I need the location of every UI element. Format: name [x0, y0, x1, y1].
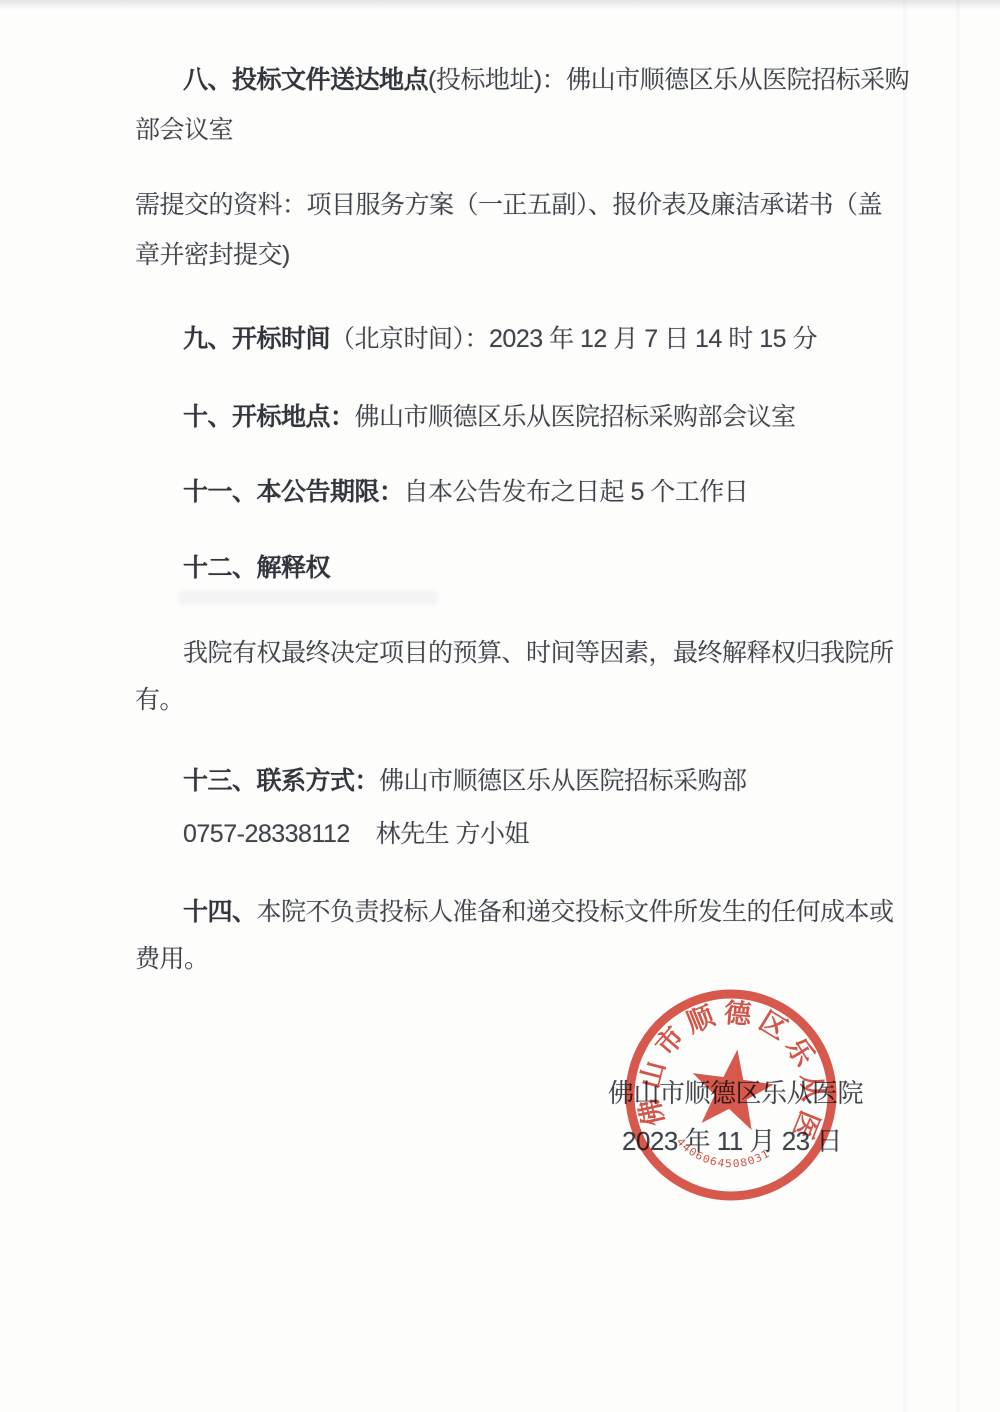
section-11-text: 自本公告发布之日起 5 个工作日	[404, 478, 749, 506]
section-13-contact: 十三、联系方式：佛山市顺德区乐从医院招标采购部	[183, 764, 747, 798]
scan-top-edge	[0, 0, 1000, 10]
section-10-heading: 十、开标地点：	[183, 403, 355, 431]
section-8-delivery-location-line2: 部会议室	[135, 113, 233, 147]
section-9-text: （北京时间）：2023 年 12 月 7 日 14 时 15 分	[330, 325, 817, 353]
section-12-body-line2: 有。	[135, 683, 184, 717]
section-9-heading: 九、开标时间	[183, 325, 330, 353]
phone-and-contacts: 0757-28338112 林先生 方小姐	[183, 820, 529, 848]
section-10-bid-opening-place: 十、开标地点：佛山市顺德区乐从医院招标采购部会议室	[183, 400, 796, 434]
section-14-cost-disclaimer-line1: 十四、本院不负责投标人准备和递交投标文件所发生的任何成本或	[183, 895, 894, 929]
section-8-text: (投标地址)：佛山市顺德区乐从医院招标采购	[428, 66, 909, 94]
scan-streak	[956, 0, 960, 1412]
section-10-text: 佛山市顺德区乐从医院招标采购部会议室	[355, 403, 796, 431]
required-materials-line1: 需提交的资料：项目服务方案（一正五副）、报价表及廉洁承诺书（盖	[135, 188, 882, 222]
official-seal: 佛山市顺德区乐从医院 4406064508031	[616, 980, 846, 1210]
section-8-delivery-location-line1: 八、投标文件送达地点(投标地址)：佛山市顺德区乐从医院招标采购	[183, 63, 909, 97]
section-11-heading: 十一、本公告期限：	[183, 478, 404, 506]
section-13-heading: 十三、联系方式：	[183, 767, 379, 795]
section-12-interpretation-right: 十二、解释权	[183, 551, 330, 585]
section-13-text: 佛山市顺德区乐从医院招标采购部	[379, 767, 747, 795]
section-14-text: 本院不负责投标人准备和递交投标文件所发生的任何成本或	[257, 898, 894, 926]
scan-streak	[903, 0, 907, 1412]
section-12-body-line1: 我院有权最终决定项目的预算、时间等因素，最终解释权归我院所	[183, 636, 894, 670]
section-11-announcement-period: 十一、本公告期限：自本公告发布之日起 5 个工作日	[183, 475, 748, 509]
contact-phone-line: 0757-28338112 林先生 方小姐	[183, 817, 529, 851]
section-14-heading: 十四、	[183, 898, 257, 926]
section-9-bid-opening-time: 九、开标时间（北京时间）：2023 年 12 月 7 日 14 时 15 分	[183, 322, 817, 356]
section-12-heading: 十二、解释权	[183, 554, 330, 582]
bleed-through-smudge	[178, 590, 438, 605]
section-14-cost-disclaimer-line2: 费用。	[135, 942, 209, 976]
required-materials-line2: 章并密封提交)	[135, 238, 290, 272]
section-8-heading: 八、投标文件送达地点	[183, 66, 428, 94]
seal-star-icon	[686, 1044, 778, 1132]
seal-serial-number: 4406064508031	[671, 1135, 773, 1177]
